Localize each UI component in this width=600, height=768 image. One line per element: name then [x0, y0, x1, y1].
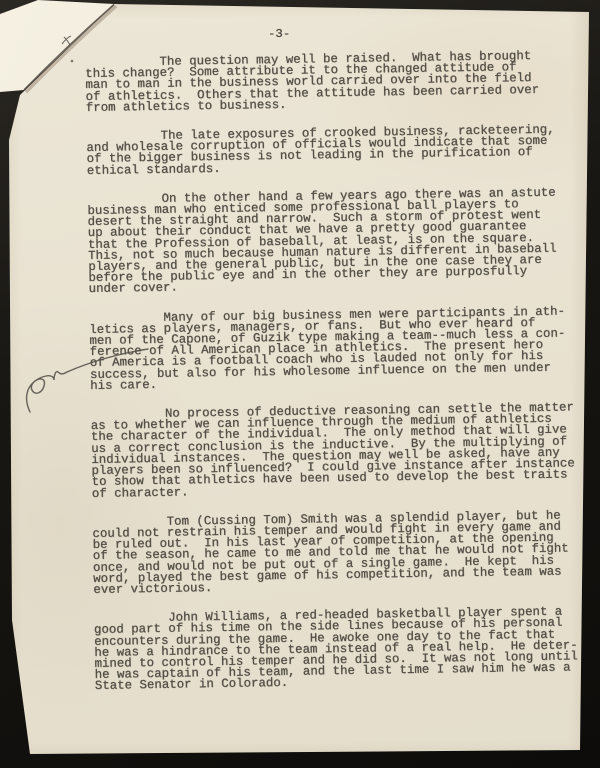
scan-background: -3- The question may well be raised. Wha…	[0, 0, 600, 768]
typed-paragraph: John Williams, a red-headed basketball p…	[94, 606, 595, 692]
typed-paragraph: The late exposures of crooked business, …	[86, 124, 587, 177]
typed-paragraph: No process of deductive reasoning can se…	[91, 402, 592, 499]
typed-paragraph: The question may well be raised. What ha…	[85, 50, 586, 114]
typed-paragraph: Tom (Cussing Tom) Smith was a splendid p…	[92, 510, 593, 596]
page-number: -3-	[268, 28, 290, 41]
typed-text-block: The question may well be raised. What ha…	[85, 50, 595, 710]
document-page: -3- The question may well be raised. Wha…	[0, 0, 600, 768]
typed-paragraph: Many of our big business men were partic…	[89, 306, 590, 392]
typed-paragraph: On the other hand a few years ago there …	[87, 187, 589, 296]
